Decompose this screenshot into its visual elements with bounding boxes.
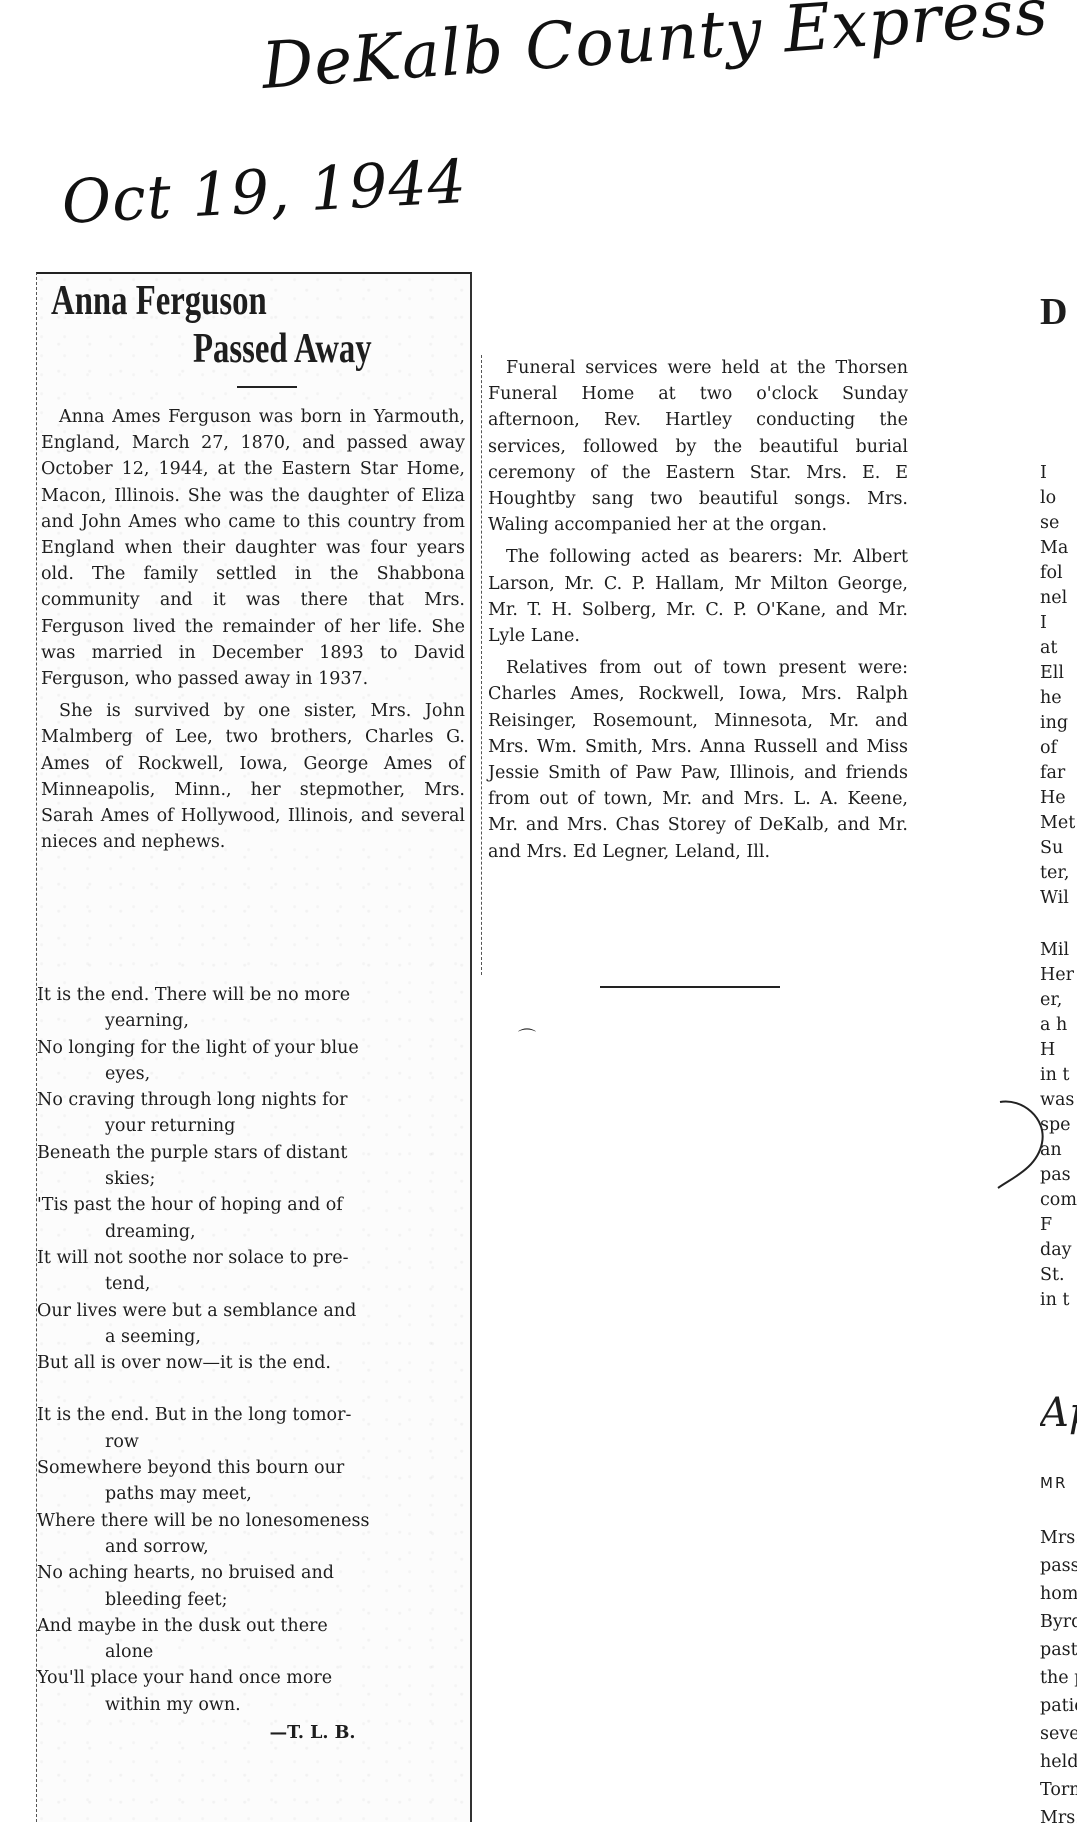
fragment-line: lo xyxy=(1040,488,1056,508)
stanza-break xyxy=(37,1376,369,1402)
article-body: Anna Ames Ferguson was born in Yarmouth,… xyxy=(41,404,465,861)
fragment-line: Mrs. I xyxy=(1040,1808,1077,1828)
fragment-line: ing xyxy=(1040,713,1068,733)
poem-lines: It is the end. There will be no more yea… xyxy=(37,982,369,1746)
poem-line: Somewhere beyond this bourn our xyxy=(37,1455,369,1481)
continuation-body: Funeral services were held at the Thorse… xyxy=(488,355,908,871)
adjacent-headline-fragment: D xyxy=(1040,290,1067,334)
fragment-line: Byrd, xyxy=(1040,1612,1077,1632)
headline-line-1: Anna Ferguson xyxy=(51,278,267,324)
fragment-line: I xyxy=(1040,613,1047,633)
fragment-line: fol xyxy=(1040,563,1063,583)
poem-line: And maybe in the dusk out there xyxy=(37,1613,369,1639)
poem-line-cont: row xyxy=(37,1429,369,1455)
obituary-clipping: Anna Ferguson Passed Away Anna Ames Ferg… xyxy=(36,272,472,1822)
fragment-line: past te xyxy=(1040,1640,1077,1660)
fragment-line: se xyxy=(1040,513,1059,533)
fragment-line: I xyxy=(1040,463,1047,483)
handwritten-date: Oct 19, 1944 xyxy=(60,147,468,238)
fragment-line: nel xyxy=(1040,588,1067,608)
fragment-line: in t xyxy=(1040,1065,1069,1085)
fragment-line: he xyxy=(1040,688,1062,708)
poem-line-cont: eyes, xyxy=(37,1061,369,1087)
poem-line: Our lives were but a semblance and xyxy=(37,1298,369,1324)
fragment-line: Torman xyxy=(1040,1780,1077,1800)
fragment-line: Mrs. xyxy=(1040,1528,1077,1548)
fragment-line: Ell xyxy=(1040,663,1064,683)
fragment-line: of xyxy=(1040,738,1057,758)
fragment-line: Met xyxy=(1040,813,1075,833)
poem-line-cont: within my own. xyxy=(37,1692,369,1718)
fragment-line: He xyxy=(1040,788,1066,808)
poem-line-cont: paths may meet, xyxy=(37,1481,369,1507)
poem-line: No aching hearts, no bruised and xyxy=(37,1560,369,1586)
fragment-line: in t xyxy=(1040,1290,1069,1310)
fragment-line: Her xyxy=(1040,965,1074,985)
fragment-line: patient xyxy=(1040,1696,1077,1716)
poem-signature: —T. L. B. xyxy=(37,1720,369,1746)
fragment-line: the pa xyxy=(1040,1668,1077,1688)
poem-line: Beneath the purple stars of distant xyxy=(37,1140,369,1166)
fragment-line: er, xyxy=(1040,990,1062,1010)
poem-line-cont: and sorrow, xyxy=(37,1534,369,1560)
obituary-continuation-column: Funeral services were held at the Thorse… xyxy=(481,355,912,975)
subhead-fragment: MR xyxy=(1040,1474,1067,1492)
poem-line: It is the end. There will be no more xyxy=(37,982,369,1008)
fragment-line: day xyxy=(1040,1240,1072,1260)
fragment-line: far xyxy=(1040,763,1065,783)
fragment-line: St. xyxy=(1040,1265,1065,1285)
headline-rule xyxy=(237,386,297,388)
paragraph-relatives: Relatives from out of town present were:… xyxy=(488,655,908,865)
poem-line: But all is over now—it is the end. xyxy=(37,1350,369,1376)
poem-line: It will not soothe nor solace to pre- xyxy=(37,1245,369,1271)
poem-line-cont: yearning, xyxy=(37,1008,369,1034)
fragment-line: held W xyxy=(1040,1752,1077,1772)
poem-line: You'll place your hand once more xyxy=(37,1665,369,1691)
article-end-rule xyxy=(600,986,780,988)
fragment-line: home xyxy=(1040,1584,1077,1604)
fragment-line: a h xyxy=(1040,1015,1067,1035)
fragment-line: several xyxy=(1040,1724,1077,1744)
fragment-line: Mil xyxy=(1040,940,1069,960)
fragment-line: ter, xyxy=(1040,863,1069,883)
fragment-line: H xyxy=(1040,1040,1055,1060)
poem-line-cont: your returning xyxy=(37,1113,369,1139)
poem-line-cont: bleeding feet; xyxy=(37,1587,369,1613)
poem-line: No longing for the light of your blue xyxy=(37,1035,369,1061)
fragment-line: Ma xyxy=(1040,538,1068,558)
poem-line-cont: tend, xyxy=(37,1271,369,1297)
handwritten-publication-name: DeKalb County Express xyxy=(259,0,1050,104)
fragment-line: passed xyxy=(1040,1556,1077,1576)
paragraph-bearers: The following acted as bearers: Mr. Albe… xyxy=(488,544,908,649)
paragraph-survivors: She is survived by one sister, Mrs. John… xyxy=(41,698,465,855)
fragment-line: at xyxy=(1040,638,1057,658)
headline-line-2: Passed Away xyxy=(193,326,372,372)
poem-line-cont: skies; xyxy=(37,1166,369,1192)
adjacent-column-edge: D I lo se Ma fol nel I at Ell he ing of … xyxy=(1040,0,1077,1842)
poem-line-cont: alone xyxy=(37,1639,369,1665)
stray-mark: ⌒ xyxy=(518,1024,536,1050)
fragment-line: Wil xyxy=(1040,888,1069,908)
handwritten-fragment: Ap xyxy=(1040,1390,1077,1436)
poem-line-cont: dreaming, xyxy=(37,1219,369,1245)
poem-line: 'Tis past the hour of hoping and of xyxy=(37,1192,369,1218)
poem-line: Where there will be no lonesomeness xyxy=(37,1508,369,1534)
fragment-line: Su xyxy=(1040,838,1063,858)
fragment-line: F xyxy=(1040,1215,1052,1235)
poem-line-cont: a seeming, xyxy=(37,1324,369,1350)
poem-line: No craving through long nights for xyxy=(37,1087,369,1113)
poem-line: It is the end. But in the long tomor- xyxy=(37,1402,369,1428)
paragraph-biography: Anna Ames Ferguson was born in Yarmouth,… xyxy=(41,404,465,692)
handwritten-bracket-mark xyxy=(992,1098,1052,1198)
paragraph-funeral-services: Funeral services were held at the Thorse… xyxy=(488,355,908,538)
